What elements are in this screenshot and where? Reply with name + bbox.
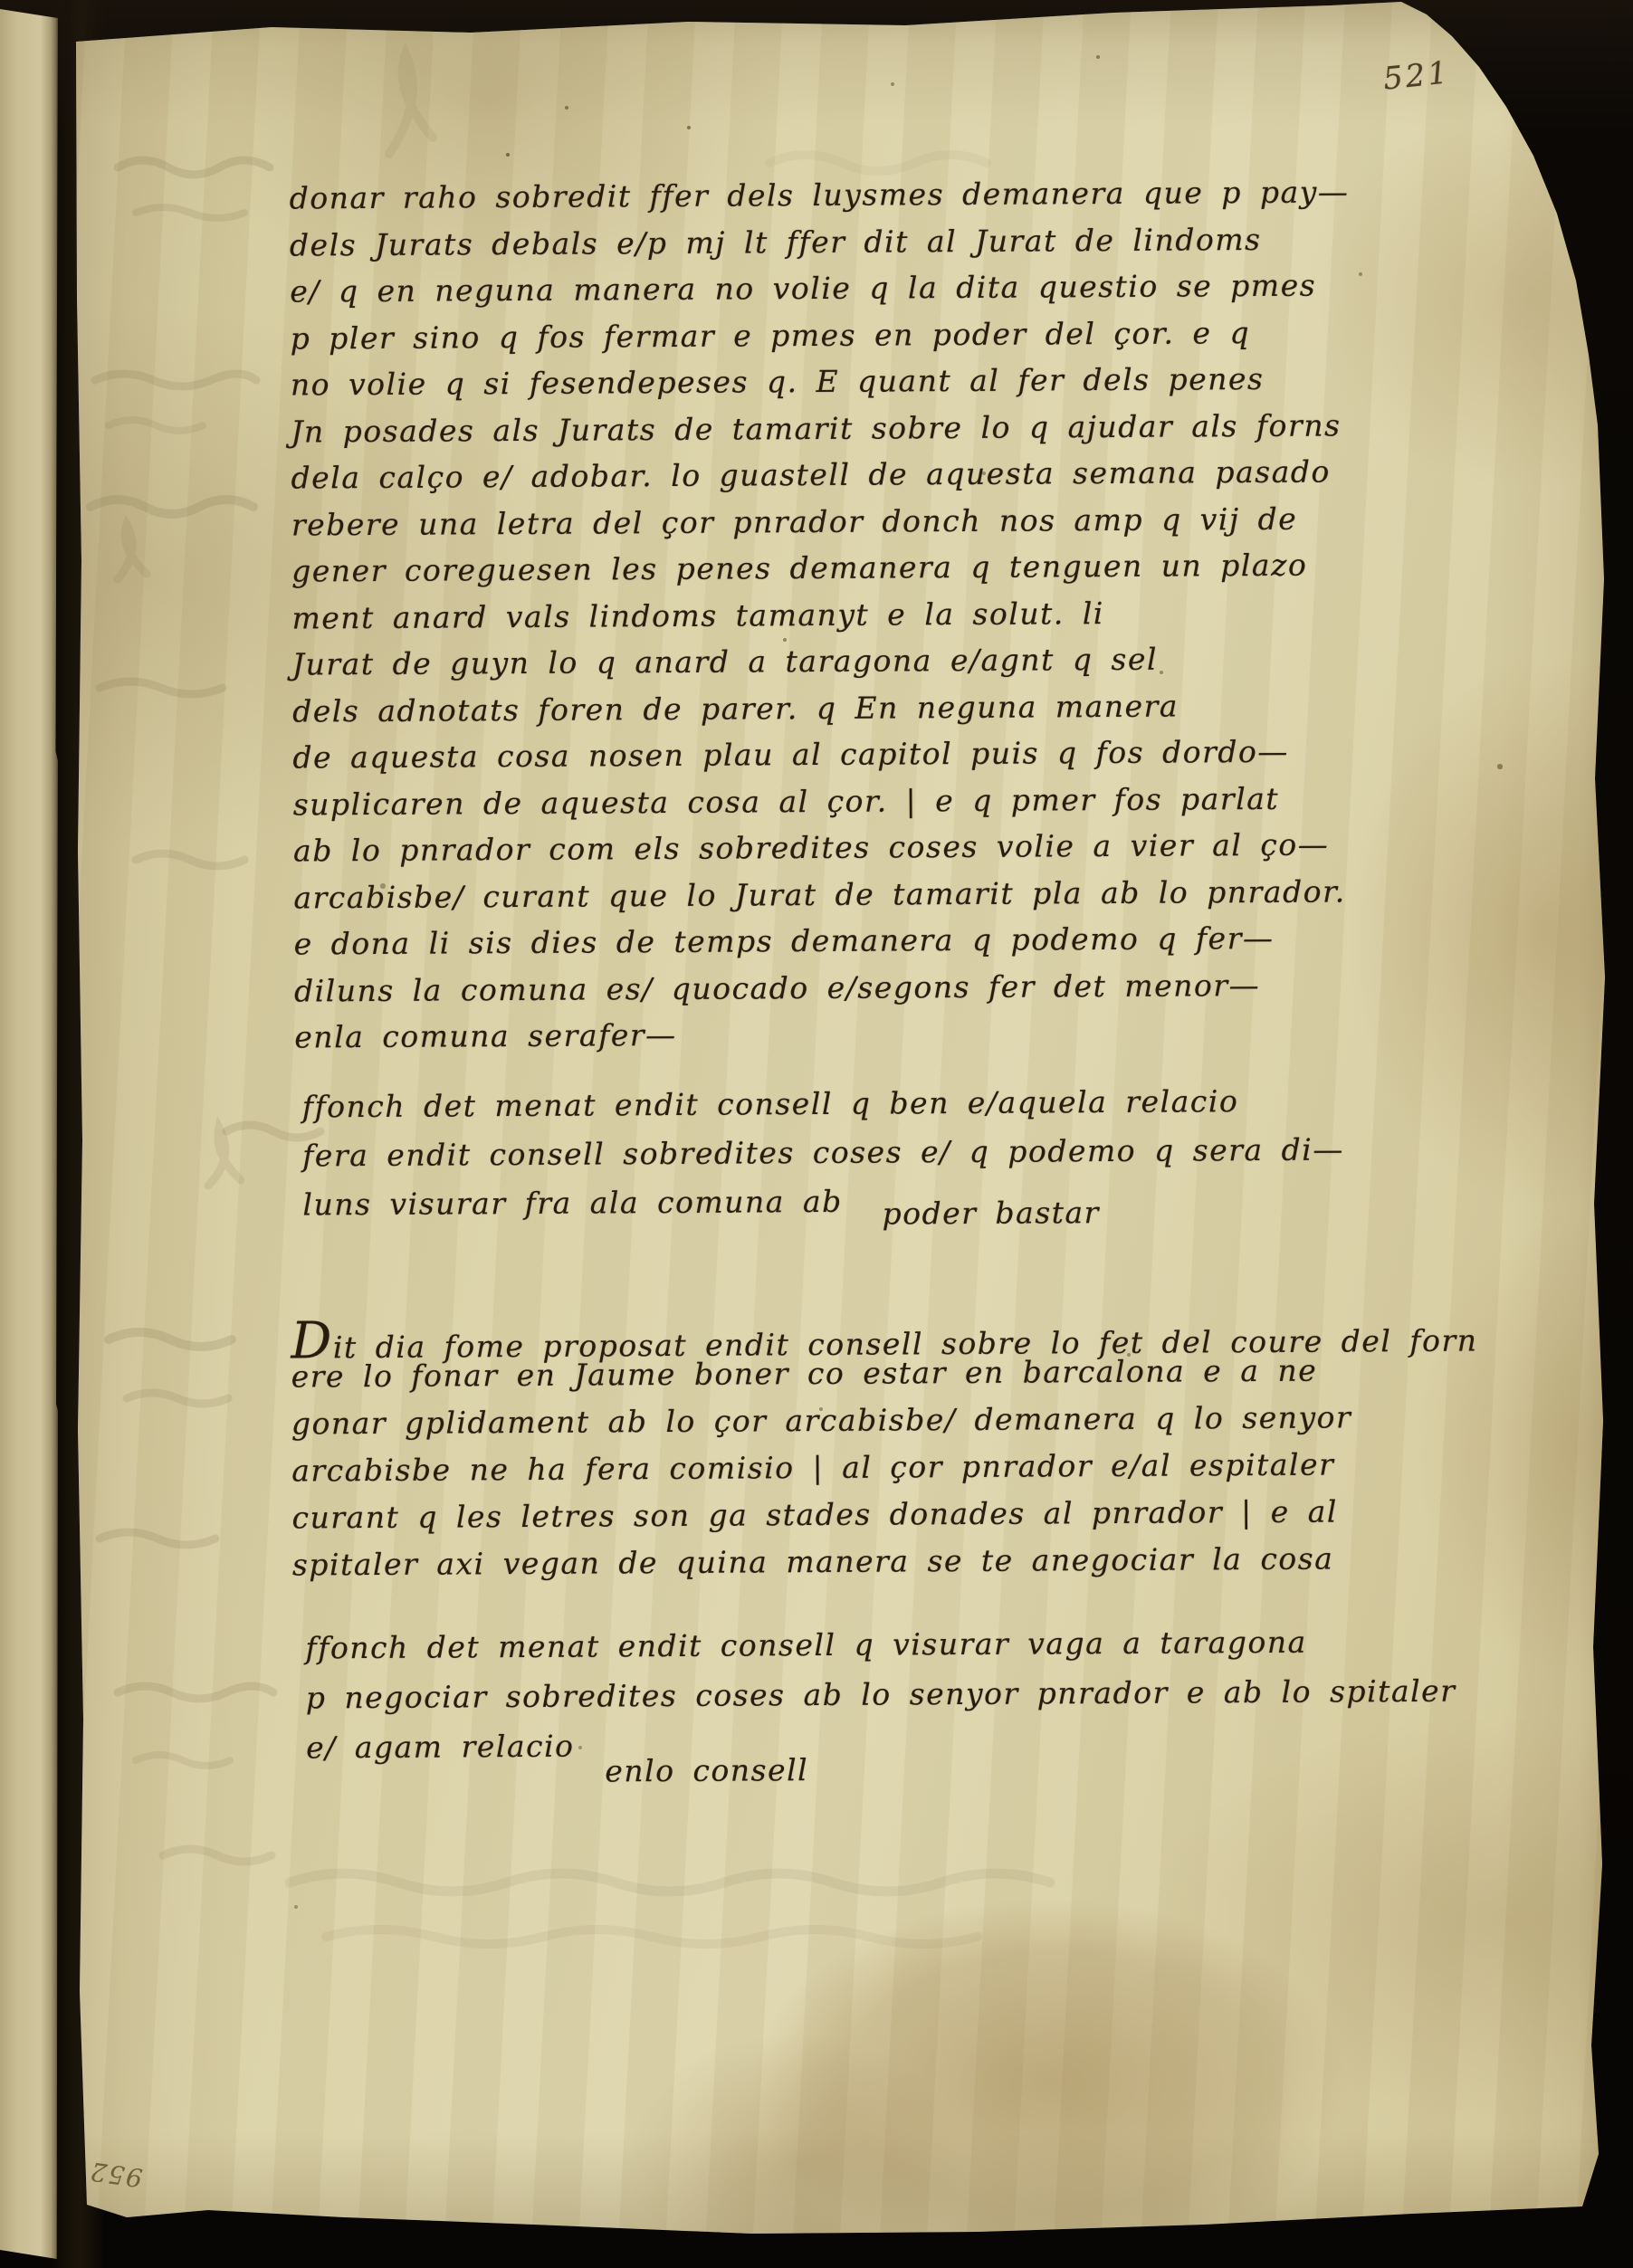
ink-specks (0, 0, 2, 2)
manuscript-page: 521 donar raho sobredit ffer dels luysme… (0, 0, 1633, 2268)
manuscript-line: p negociar sobredites coses ab lo senyor… (306, 1673, 1456, 1716)
manuscript-line: enlo consell (605, 1752, 808, 1788)
manuscript-line: ffonch det menat endit consell q visurar… (305, 1625, 1307, 1666)
manuscript-paragraph: ffonch det menat endit consell q visurar… (0, 0, 1633, 2268)
previous-page-edge (0, 9, 58, 2259)
manuscript-line: e/ agam relacio (306, 1729, 575, 1766)
manuscript-scan: 521 donar raho sobredit ffer dels luysme… (0, 0, 1633, 2268)
